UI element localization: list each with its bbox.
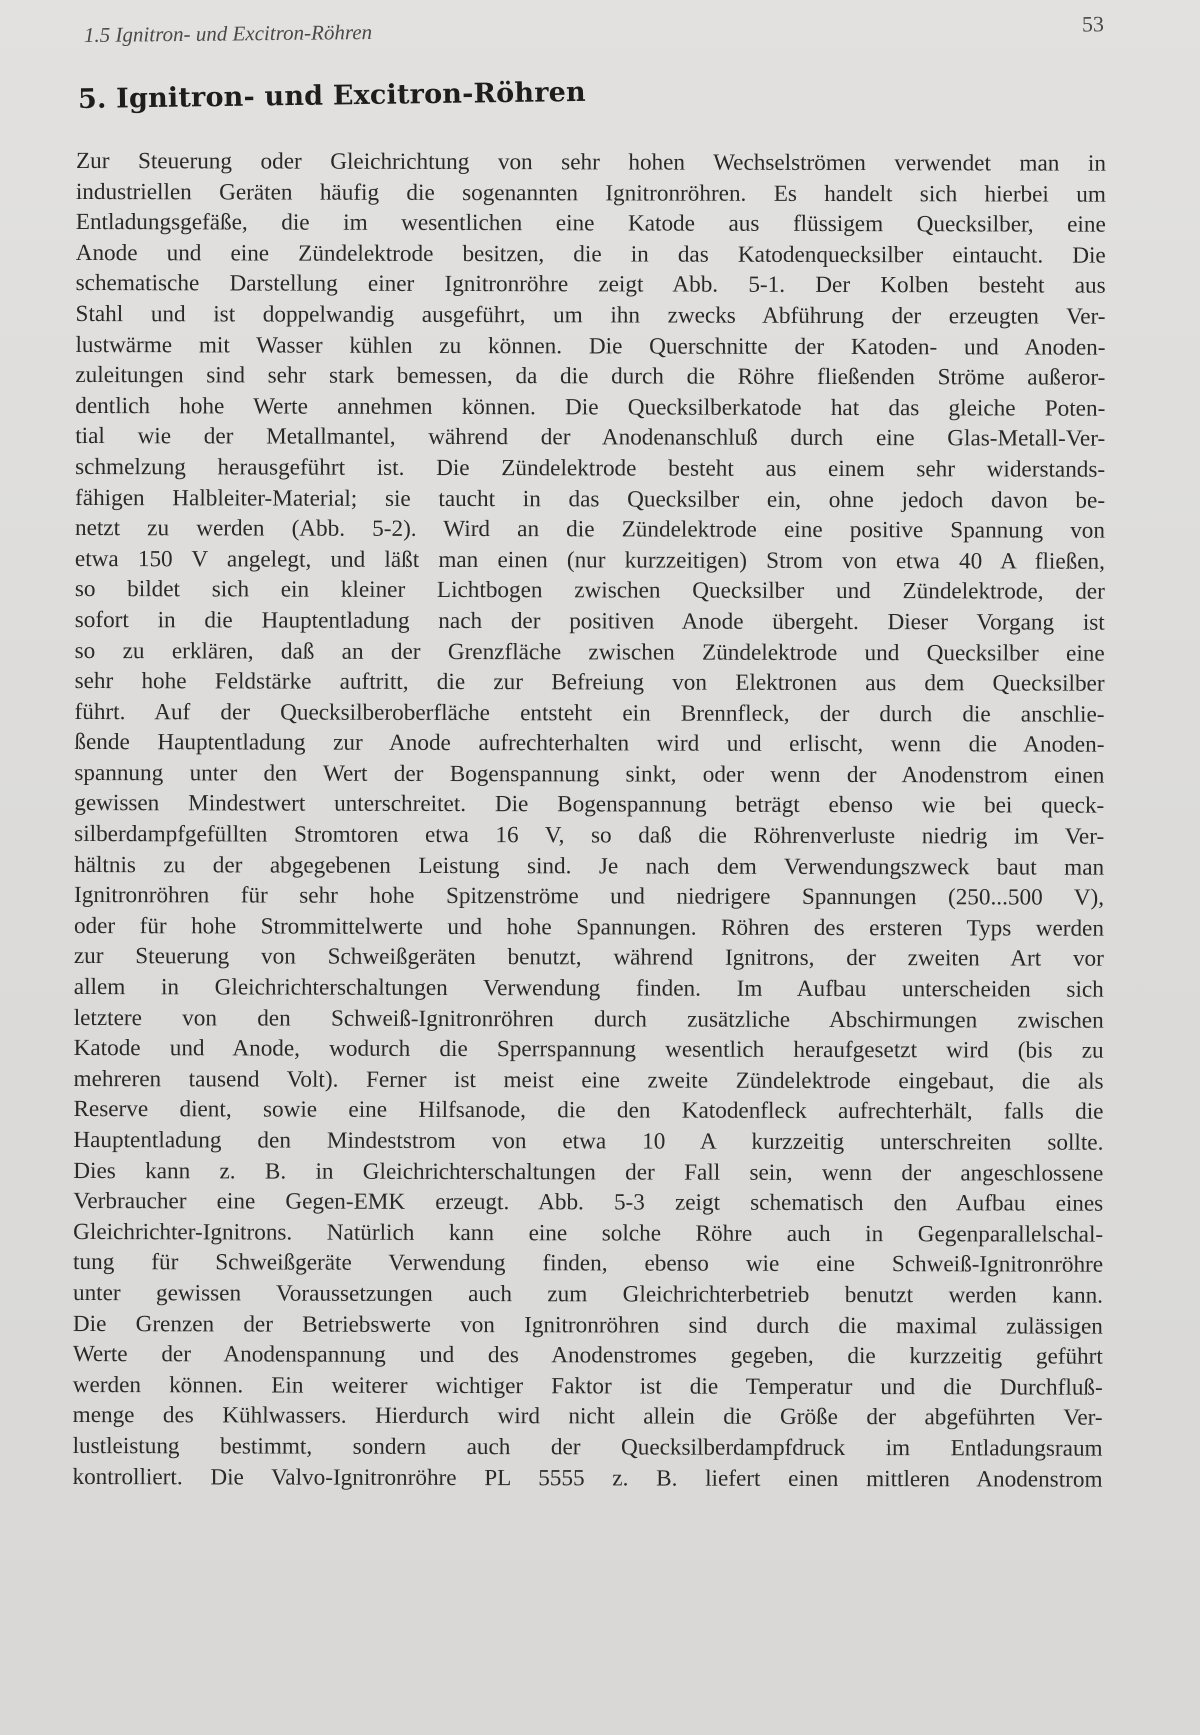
- text-line: zuleitungen sind sehr stark bemessen, da…: [75, 360, 1105, 393]
- text-line: führt. Auf der Quecksilberoberfläche ent…: [74, 697, 1104, 730]
- text-line: Entladungsgefäße, die im wesentlichen ei…: [76, 207, 1106, 240]
- text-line: sehr hohe Feldstärke auftritt, die zur B…: [75, 666, 1105, 699]
- text-line: lustleistung bestimmt, sondern auch der …: [73, 1431, 1103, 1464]
- text-line: Die Grenzen der Betriebswerte von Ignitr…: [73, 1309, 1103, 1342]
- text-line: Gleichrichter-Ignitrons. Natürlich kann …: [73, 1217, 1103, 1250]
- text-line: hältnis zu der abgegebenen Leistung sind…: [74, 850, 1104, 883]
- text-line: Dies kann z. B. in Gleichrichterschaltun…: [73, 1156, 1103, 1189]
- body-paragraph: Zur Steuerung oder Gleichrichtung von se…: [72, 146, 1106, 1495]
- text-line: Anode und eine Zündelektrode besitzen, d…: [76, 238, 1106, 271]
- text-line: etwa 150 V angelegt, und läßt man einen …: [75, 544, 1105, 577]
- text-line: Werte der Anodenspannung und des Anodens…: [73, 1339, 1103, 1372]
- text-line: ßende Hauptentladung zur Anode aufrechte…: [74, 727, 1104, 760]
- text-line: silberdampfgefüllten Stromtoren etwa 16 …: [74, 819, 1104, 852]
- page-number: 53: [1082, 11, 1104, 37]
- text-line: Ignitronröhren für sehr hohe Spitzenströ…: [74, 880, 1104, 913]
- section-title: 5. Ignitron- und Excitron-Röhren: [78, 77, 586, 115]
- text-line: spannung unter den Wert der Bogenspannun…: [74, 758, 1104, 791]
- text-line: fähigen Halbleiter-Material; sie taucht …: [75, 483, 1105, 516]
- text-line: gewissen Mindestwert unterschreitet. Die…: [74, 788, 1104, 821]
- text-line: schmelzung herausgeführt ist. Die Zündel…: [75, 452, 1105, 485]
- text-line: dentlich hohe Werte annehmen können. Die…: [75, 391, 1105, 424]
- text-line: werden können. Ein weiterer wichtiger Fa…: [73, 1370, 1103, 1403]
- text-line: kontrolliert. Die Valvo-Ignitronröhre PL…: [72, 1462, 1102, 1495]
- text-line: zur Steuerung von Schweißgeräten benutzt…: [74, 941, 1104, 974]
- text-line: menge des Kühlwassers. Hierdurch wird ni…: [73, 1400, 1103, 1433]
- text-line: Stahl und ist doppelwandig ausgeführt, u…: [76, 299, 1106, 332]
- text-line: so zu erklären, daß an der Grenzfläche z…: [75, 635, 1105, 668]
- text-line: letztere von den Schweiß-Ignitronröhren …: [74, 1003, 1104, 1036]
- text-line: Hauptentladung den Mindeststrom von etwa…: [73, 1125, 1103, 1158]
- text-line: Verbraucher eine Gegen-EMK erzeugt. Abb.…: [73, 1186, 1103, 1219]
- text-line: unter gewissen Voraussetzungen auch zum …: [73, 1278, 1103, 1311]
- text-line: netzt zu werden (Abb. 5-2). Wird an die …: [75, 513, 1105, 546]
- text-line: so bildet sich ein kleiner Lichtbogen zw…: [75, 574, 1105, 607]
- text-line: oder für hohe Strommittelwerte und hohe …: [74, 911, 1104, 944]
- text-line: industriellen Geräten häufig die sogenan…: [76, 177, 1106, 210]
- running-head-section: 1.5 Ignitron- und Excitron-Röhren: [84, 20, 372, 48]
- text-line: schematische Darstellung einer Ignitronr…: [76, 268, 1106, 301]
- text-line: Reserve dient, sowie eine Hilfsanode, di…: [73, 1094, 1103, 1127]
- text-line: lustwärme mit Wasser kühlen zu können. D…: [75, 330, 1105, 363]
- text-line: Katode und Anode, wodurch die Sperrspann…: [74, 1033, 1104, 1066]
- book-page: 1.5 Ignitron- und Excitron-Röhren 53 5. …: [0, 0, 1200, 1735]
- text-line: tung für Schweißgeräte Verwendung finden…: [73, 1247, 1103, 1280]
- text-line: mehreren tausend Volt). Ferner ist meist…: [74, 1064, 1104, 1097]
- running-head: 1.5 Ignitron- und Excitron-Röhren 53: [84, 11, 1104, 52]
- text-line: allem in Gleichrichterschaltungen Verwen…: [74, 972, 1104, 1005]
- text-line: sofort in die Hauptentladung nach der po…: [75, 605, 1105, 638]
- text-line: tial wie der Metallmantel, während der A…: [75, 421, 1105, 454]
- text-line: Zur Steuerung oder Gleichrichtung von se…: [76, 146, 1106, 179]
